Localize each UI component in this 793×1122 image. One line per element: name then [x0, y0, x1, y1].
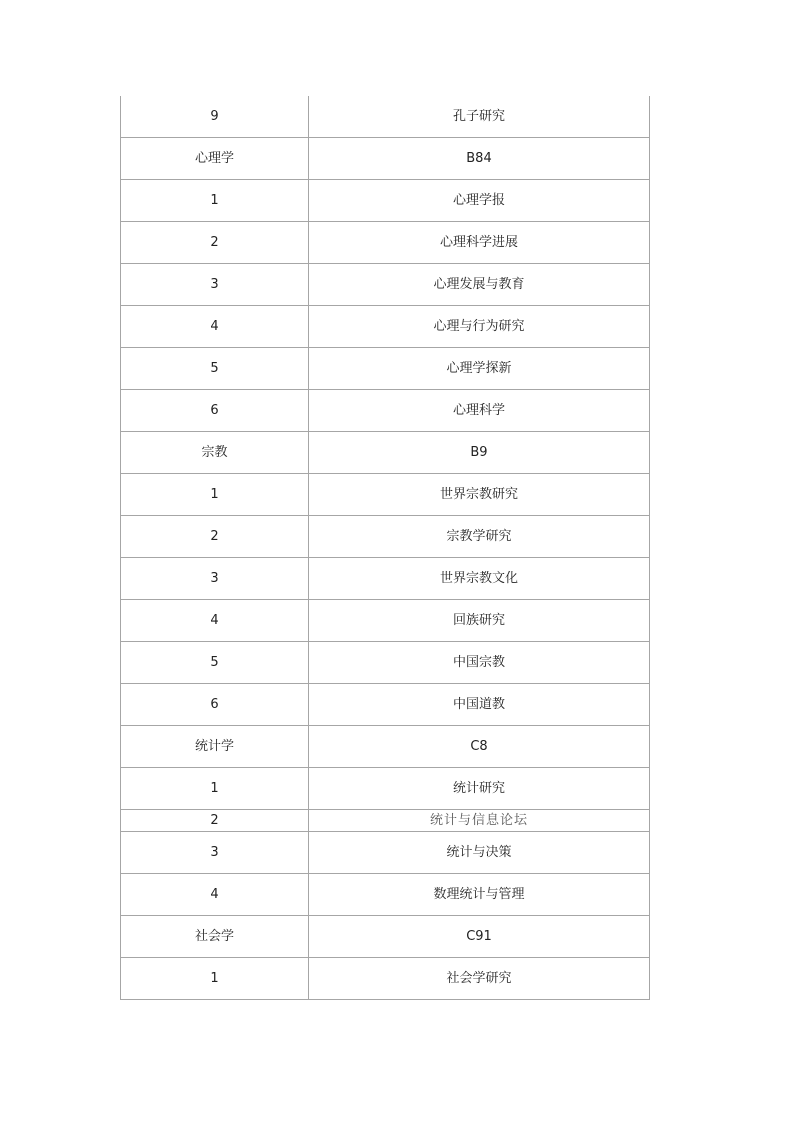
- category-row: 统计学 C8: [121, 726, 650, 768]
- row-index-cell: 9: [121, 96, 309, 138]
- journal-name-cell: 孔子研究: [309, 96, 650, 138]
- journal-classification-table: 9 孔子研究 心理学 B84 1 心理学报 2 心理科学进展 3 心理发展与教育…: [120, 96, 650, 1000]
- table-row: 1 统计研究: [121, 768, 650, 810]
- table-row: 1 心理学报: [121, 180, 650, 222]
- category-row: 心理学 B84: [121, 138, 650, 180]
- category-name-cell: 宗教: [121, 432, 309, 474]
- table-row: 6 心理科学: [121, 390, 650, 432]
- journal-name-cell: 统计研究: [309, 768, 650, 810]
- journal-name-cell: 统计与信息论坛: [309, 810, 650, 832]
- journal-name-cell: 心理学报: [309, 180, 650, 222]
- journal-name-cell: 数理统计与管理: [309, 874, 650, 916]
- category-code-cell: B84: [309, 138, 650, 180]
- row-index-cell: 3: [121, 832, 309, 874]
- category-name-cell: 心理学: [121, 138, 309, 180]
- row-index-cell: 5: [121, 642, 309, 684]
- row-index-cell: 4: [121, 306, 309, 348]
- row-index-cell: 2: [121, 222, 309, 264]
- table-row: 4 数理统计与管理: [121, 874, 650, 916]
- row-index-cell: 3: [121, 558, 309, 600]
- row-index-cell: 6: [121, 390, 309, 432]
- table-row: 2 统计与信息论坛: [121, 810, 650, 832]
- category-name-cell: 统计学: [121, 726, 309, 768]
- row-index-cell: 6: [121, 684, 309, 726]
- journal-name-cell: 中国道教: [309, 684, 650, 726]
- row-index-cell: 1: [121, 474, 309, 516]
- journal-name-cell: 心理学探新: [309, 348, 650, 390]
- document-page: 9 孔子研究 心理学 B84 1 心理学报 2 心理科学进展 3 心理发展与教育…: [0, 0, 793, 1122]
- journal-name-cell: 心理科学: [309, 390, 650, 432]
- journal-name-cell: 回族研究: [309, 600, 650, 642]
- table-row: 5 心理学探新: [121, 348, 650, 390]
- category-code-cell: C91: [309, 916, 650, 958]
- category-code-cell: C8: [309, 726, 650, 768]
- journal-name-cell: 统计与决策: [309, 832, 650, 874]
- row-index-cell: 4: [121, 874, 309, 916]
- category-row: 社会学 C91: [121, 916, 650, 958]
- row-index-cell: 2: [121, 810, 309, 832]
- table-row: 6 中国道教: [121, 684, 650, 726]
- row-index-cell: 1: [121, 768, 309, 810]
- table-row: 1 社会学研究: [121, 958, 650, 1000]
- table-row: 9 孔子研究: [121, 96, 650, 138]
- table-row: 2 心理科学进展: [121, 222, 650, 264]
- table-row: 5 中国宗教: [121, 642, 650, 684]
- journal-name-cell: 心理科学进展: [309, 222, 650, 264]
- journal-name-cell: 中国宗教: [309, 642, 650, 684]
- table-row: 4 回族研究: [121, 600, 650, 642]
- journal-name-cell: 宗教学研究: [309, 516, 650, 558]
- table-row: 3 心理发展与教育: [121, 264, 650, 306]
- row-index-cell: 1: [121, 958, 309, 1000]
- table-row: 3 世界宗教文化: [121, 558, 650, 600]
- table-row: 3 统计与决策: [121, 832, 650, 874]
- table-row: 2 宗教学研究: [121, 516, 650, 558]
- row-index-cell: 4: [121, 600, 309, 642]
- row-index-cell: 2: [121, 516, 309, 558]
- row-index-cell: 5: [121, 348, 309, 390]
- category-row: 宗教 B9: [121, 432, 650, 474]
- row-index-cell: 3: [121, 264, 309, 306]
- table-row: 1 世界宗教研究: [121, 474, 650, 516]
- journal-name-cell: 世界宗教文化: [309, 558, 650, 600]
- category-code-cell: B9: [309, 432, 650, 474]
- row-index-cell: 1: [121, 180, 309, 222]
- journal-name-cell: 社会学研究: [309, 958, 650, 1000]
- category-name-cell: 社会学: [121, 916, 309, 958]
- journal-name-cell: 心理发展与教育: [309, 264, 650, 306]
- journal-name-cell: 心理与行为研究: [309, 306, 650, 348]
- table-row: 4 心理与行为研究: [121, 306, 650, 348]
- journal-name-cell: 世界宗教研究: [309, 474, 650, 516]
